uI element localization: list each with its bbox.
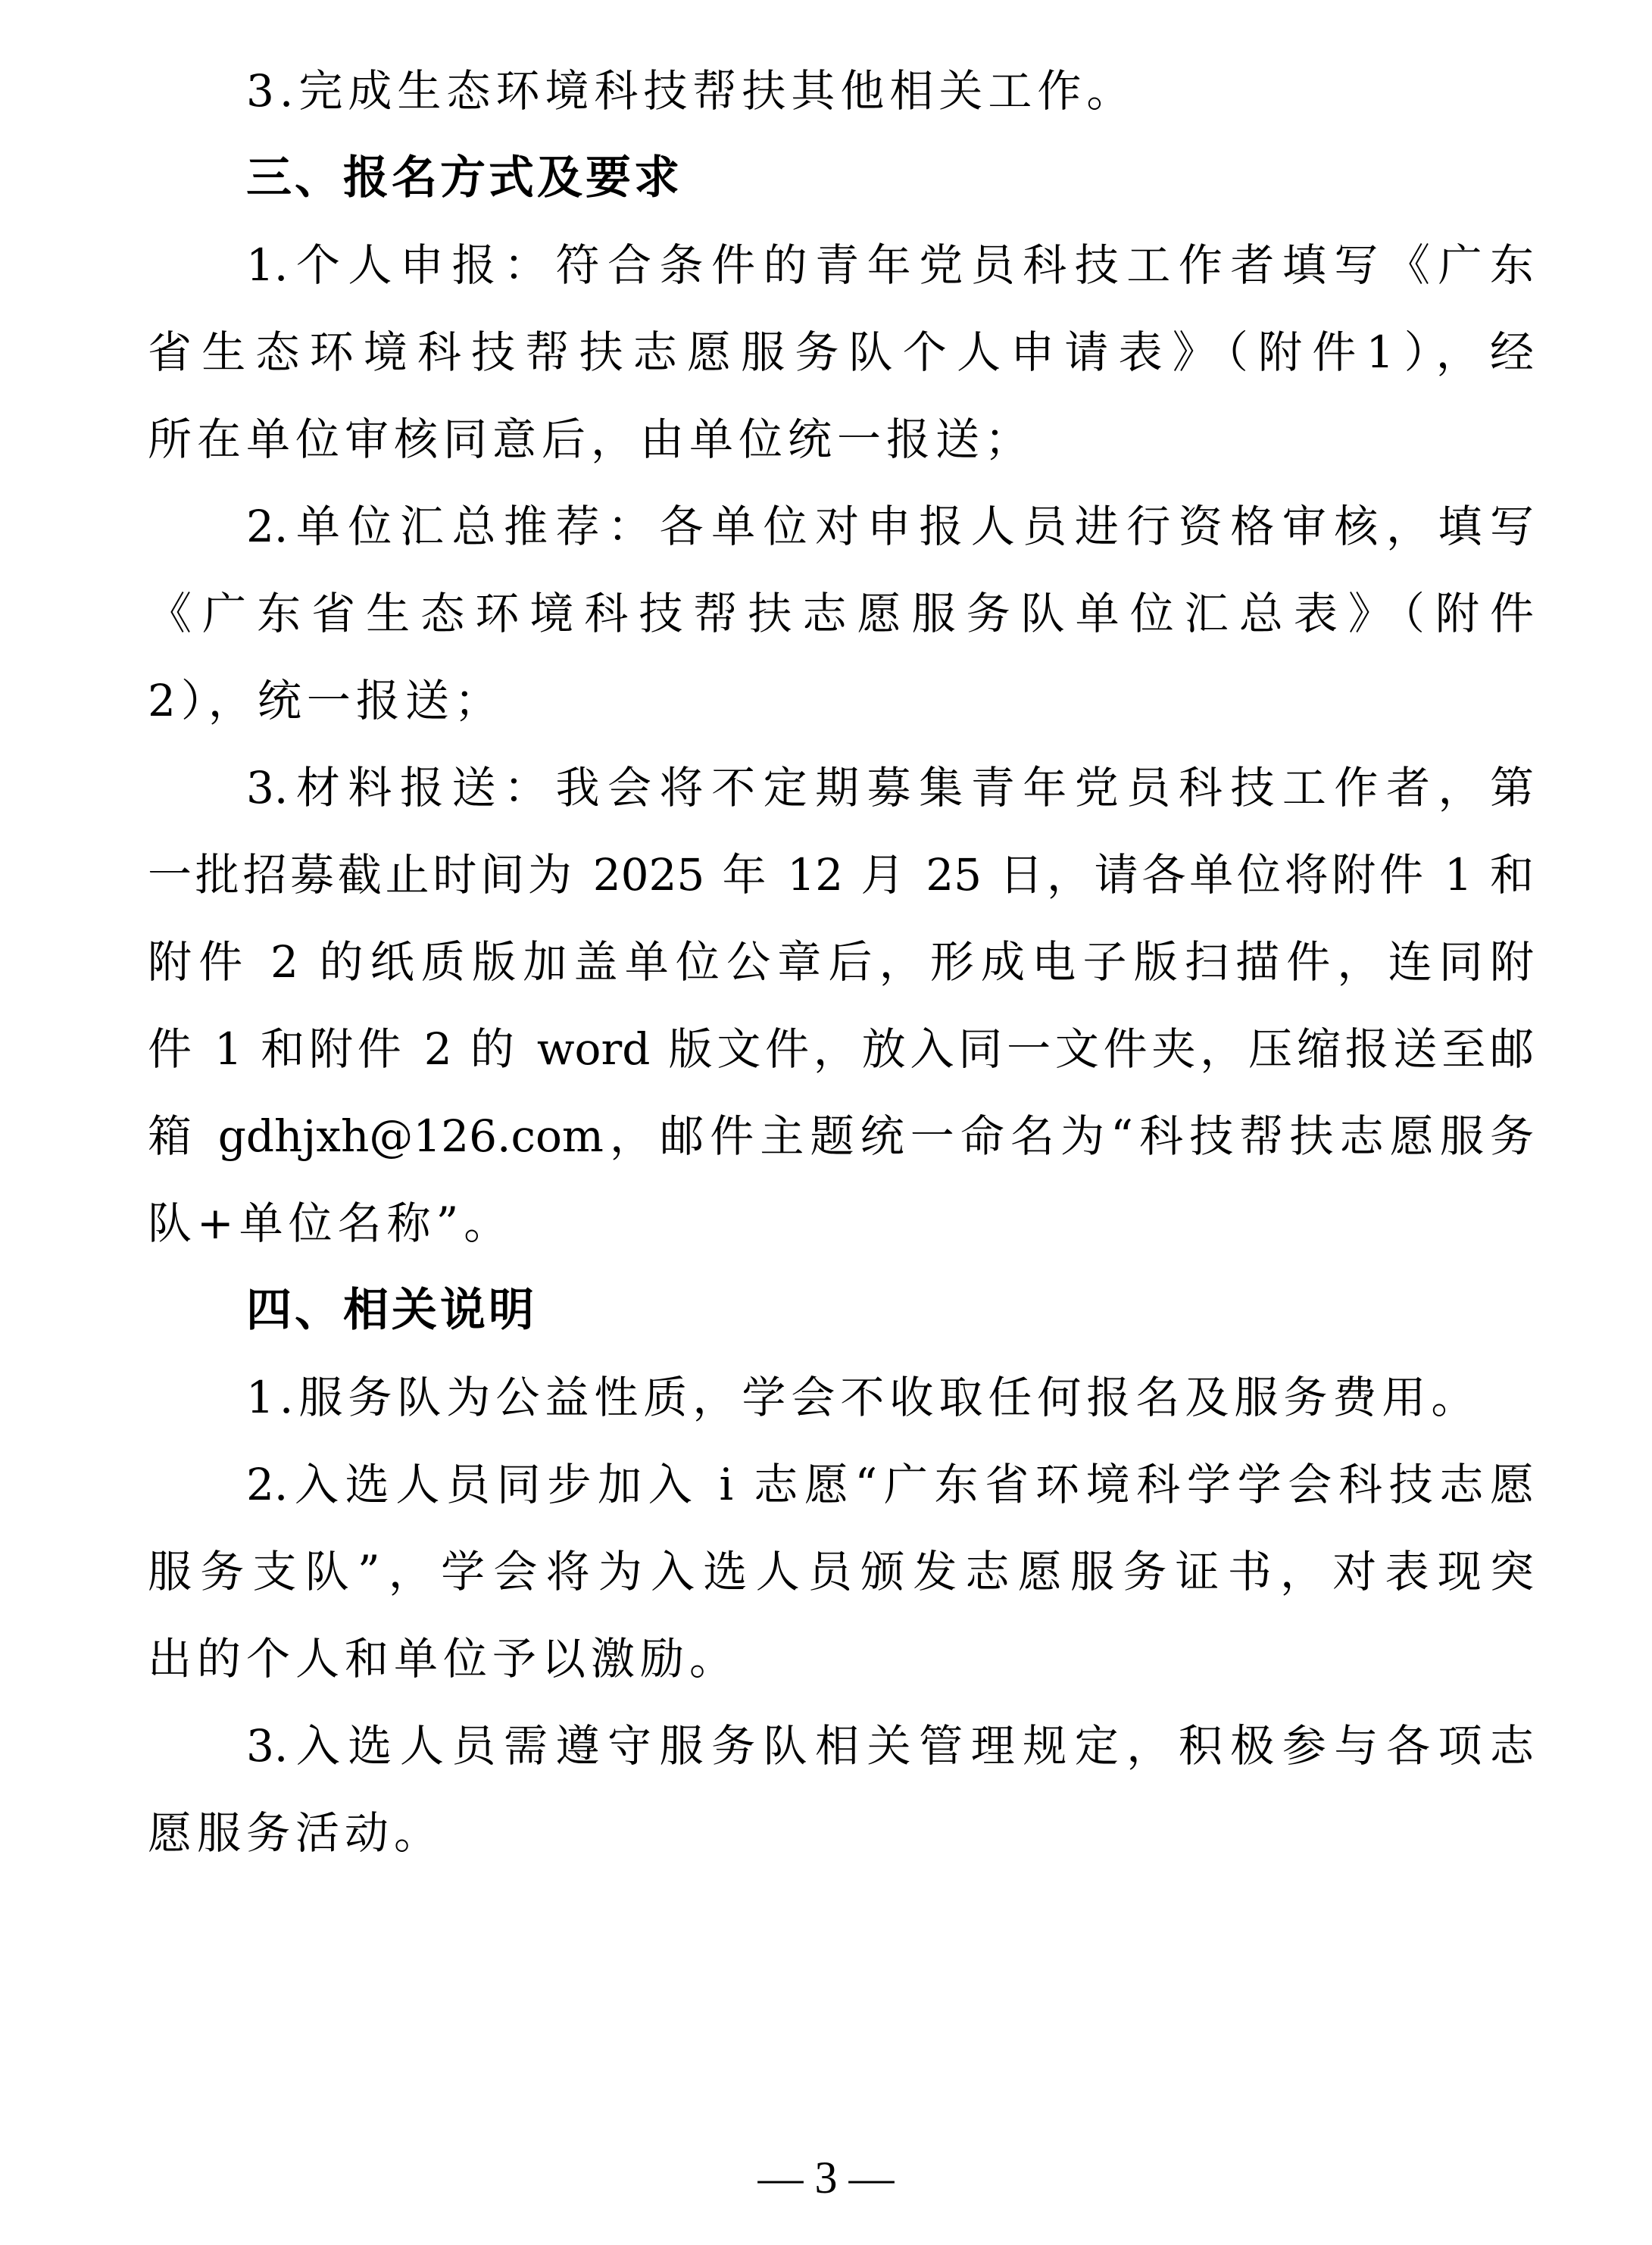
paragraph-line-volunteer-join-2: 服务支队”，学会将为入选人员颁发志愿服务证书，对表现突 [148,1528,1534,1616]
paragraph-line-comply-rules-1: 3.入选人员需遵守服务队相关管理规定，积极参与各项志 [246,1702,1534,1790]
paragraph-line-material-submission-email: 箱 gdhjxh@126.com，邮件主题统一命名为“科技帮扶志愿服务 [148,1092,1534,1180]
item-3-complete-other-work: 3.完成生态环境科技帮扶其他相关工作。 [246,47,1534,135]
paragraph-line-material-submission-1: 3.材料报送：我会将不定期募集青年党员科技工作者，第 [246,744,1534,832]
section-heading-4-notes: 四、相关说明 [246,1266,1534,1354]
paragraph-line-unit-recommendation-2: 《广东省生态环境科技帮扶志愿服务队单位汇总表》（附件 [148,570,1534,657]
section-heading-3-registration: 三、报名方式及要求 [246,134,1534,222]
paragraph-line-material-submission-6: 队+单位名称”。 [148,1179,1534,1267]
paragraph-line-personal-application-1: 1.个人申报：符合条件的青年党员科技工作者填写《广东 [246,221,1534,309]
paragraph-line-material-submission-3: 附件 2 的纸质版加盖单位公章后，形成电子版扫描件，连同附 [148,918,1534,1006]
paragraph-line-volunteer-join-1: 2.入选人员同步加入 i 志愿“广东省环境科学学会科技志愿 [246,1441,1534,1528]
paragraph-line-unit-recommendation-1: 2.单位汇总推荐：各单位对申报人员进行资格审核，填写 [246,482,1534,570]
paragraph-line-volunteer-join-3: 出的个人和单位予以激励。 [148,1615,1534,1703]
paragraph-line-comply-rules-2: 愿服务活动。 [148,1789,1534,1877]
paragraph-line-personal-application-3: 所在单位审核同意后，由单位统一报送； [148,395,1534,483]
paragraph-line-material-submission-2: 一批招募截止时间为 2025 年 12 月 25 日，请各单位将附件 1 和 [148,831,1534,919]
page-number: — 3 — [0,2151,1652,2204]
paragraph-line-personal-application-2: 省生态环境科技帮扶志愿服务队个人申请表》（附件1），经 [148,308,1534,396]
paragraph-line-unit-recommendation-3: 2），统一报送； [148,657,1534,745]
paragraph-line-public-welfare: 1.服务队为公益性质，学会不收取任何报名及服务费用。 [246,1354,1534,1441]
document-page: 3.完成生态环境科技帮扶其他相关工作。 三、报名方式及要求 1.个人申报：符合条… [0,0,1652,2245]
paragraph-line-material-submission-4: 件 1 和附件 2 的 word 版文件，放入同一文件夹，压缩报送至邮 [148,1005,1534,1093]
